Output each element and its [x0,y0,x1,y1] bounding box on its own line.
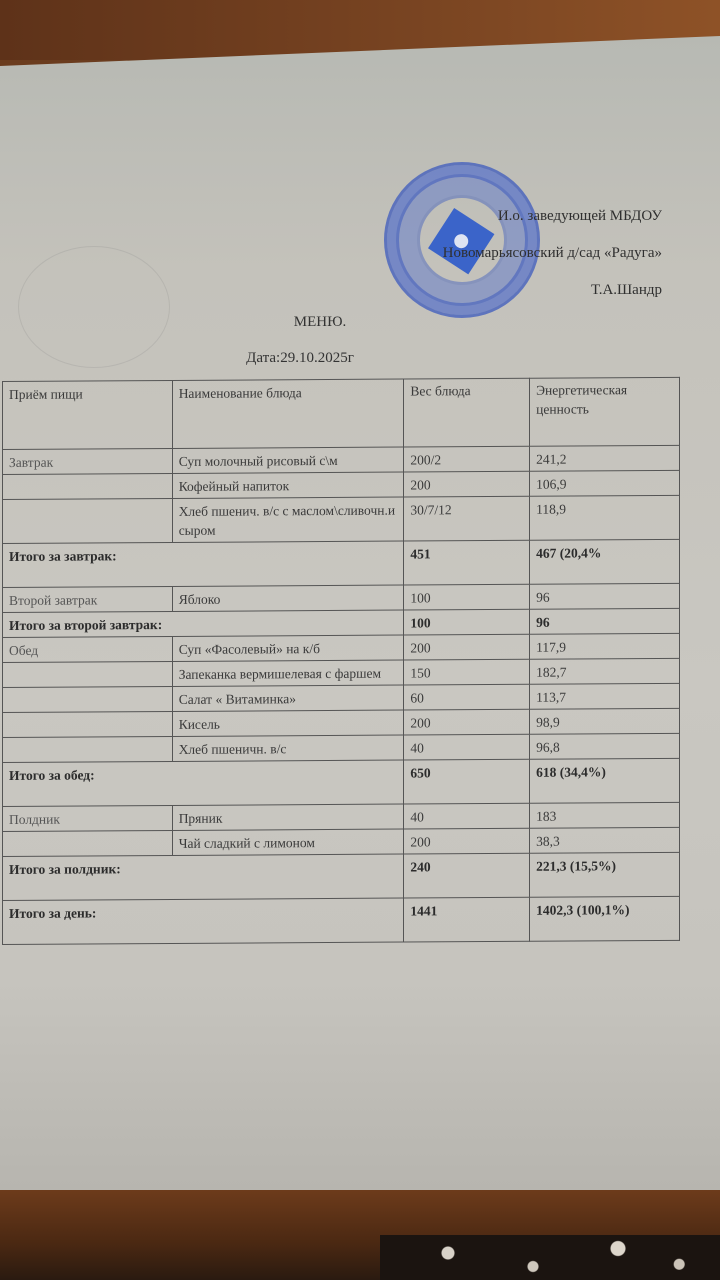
energy-cell: 38,3 [530,827,680,853]
dish-cell: Хлеб пшенич. в/с с маслом\сливочн.и сыро… [172,497,404,542]
energy-cell: 241,2 [530,445,680,471]
dish-cell: Суп молочный рисовый с\м [172,447,404,473]
header-meal: Приём пищи [3,380,173,449]
menu-date: Дата:29.10.2025г [200,350,400,367]
header-dish: Наименование блюда [172,379,404,448]
meal-cell [3,498,173,543]
meal-cell [3,661,173,687]
subtotal-energy: 96 [530,608,680,634]
energy-cell: 183 [530,802,680,828]
weight-cell: 100 [404,584,530,610]
dish-cell: Суп «Фасолевый» на к/б [172,635,404,661]
subtotal-weight: 100 [404,609,530,635]
subtotal-weight: 650 [404,759,530,804]
day-total-row: Итого за день:14411402,3 (100,1%) [3,896,680,944]
subtotal-row: Итого за обед:650618 (34,4%) [3,758,680,806]
dish-cell: Хлеб пшеничн. в/с [172,735,404,761]
meal-cell: Завтрак [3,448,173,474]
table-row: Хлеб пшенич. в/с с маслом\сливочн.и сыро… [3,495,680,543]
energy-cell: 182,7 [530,658,680,684]
header-weight: Вес блюда [404,378,530,447]
meal-cell [3,473,173,499]
approval-signatory: Т.А.Шандр [443,272,662,309]
day-total-label: Итого за день: [3,898,404,944]
meal-cell [3,686,173,712]
day-total-weight: 1441 [404,897,530,942]
weight-cell: 150 [404,659,530,685]
dish-cell: Кисель [172,710,404,736]
faint-stamp-bleedthrough [18,246,170,368]
subtotal-label: Итого за обед: [3,760,404,806]
weight-cell: 200/2 [404,446,530,472]
weight-cell: 200 [404,828,530,854]
subtotal-row: Итого за завтрак:451467 (20,4% [3,539,680,587]
energy-cell: 113,7 [530,683,680,709]
approval-position: И.о. заведующей МБДОУ [443,198,662,235]
dish-cell: Запеканка вермишелевая с фаршем [172,660,404,686]
energy-cell: 117,9 [530,633,680,659]
dish-cell: Яблоко [172,585,404,611]
subtotal-label: Итого за завтрак: [3,541,404,587]
weight-cell: 60 [404,684,530,710]
meal-cell: Обед [3,636,173,662]
weight-cell: 200 [404,709,530,735]
energy-cell: 98,9 [530,708,680,734]
day-total-energy: 1402,3 (100,1%) [530,896,680,941]
subtotal-energy: 618 (34,4%) [530,758,680,803]
fabric-background [380,1235,720,1280]
page-title: МЕНЮ. [250,314,390,331]
subtotal-energy: 467 (20,4% [530,539,680,584]
weight-cell: 40 [404,803,530,829]
energy-cell: 106,9 [530,470,680,496]
weight-cell: 200 [404,471,530,497]
meal-cell: Полдник [3,805,173,831]
weight-cell: 200 [404,634,530,660]
subtotal-label: Итого за полдник: [3,854,404,900]
table-header-row: Приём пищи Наименование блюда Вес блюда … [3,377,680,449]
approval-block: И.о. заведующей МБДОУ Новомарьясовский д… [443,198,662,309]
energy-cell: 118,9 [530,495,680,540]
header-energy: Энергетическая ценность [530,377,680,446]
subtotal-label: Итого за второй завтрак: [3,610,404,637]
weight-cell: 40 [404,734,530,760]
menu-table: Приём пищи Наименование блюда Вес блюда … [2,377,680,945]
subtotal-energy: 221,3 (15,5%) [530,852,680,897]
meal-cell [3,830,173,856]
subtotal-row: Итого за полдник:240221,3 (15,5%) [3,852,680,900]
energy-cell: 96 [530,583,680,609]
meal-cell [3,736,173,762]
meal-cell [3,711,173,737]
weight-cell: 30/7/12 [404,496,530,541]
subtotal-weight: 240 [404,853,530,898]
dish-cell: Чай сладкий с лимоном [172,829,404,855]
dish-cell: Салат « Витаминка» [172,685,404,711]
dish-cell: Кофейный напиток [172,472,404,498]
subtotal-weight: 451 [404,540,530,585]
approval-institution: Новомарьясовский д/сад «Радуга» [443,235,662,272]
energy-cell: 96,8 [530,733,680,759]
meal-cell: Второй завтрак [3,586,173,612]
dish-cell: Пряник [172,804,404,830]
